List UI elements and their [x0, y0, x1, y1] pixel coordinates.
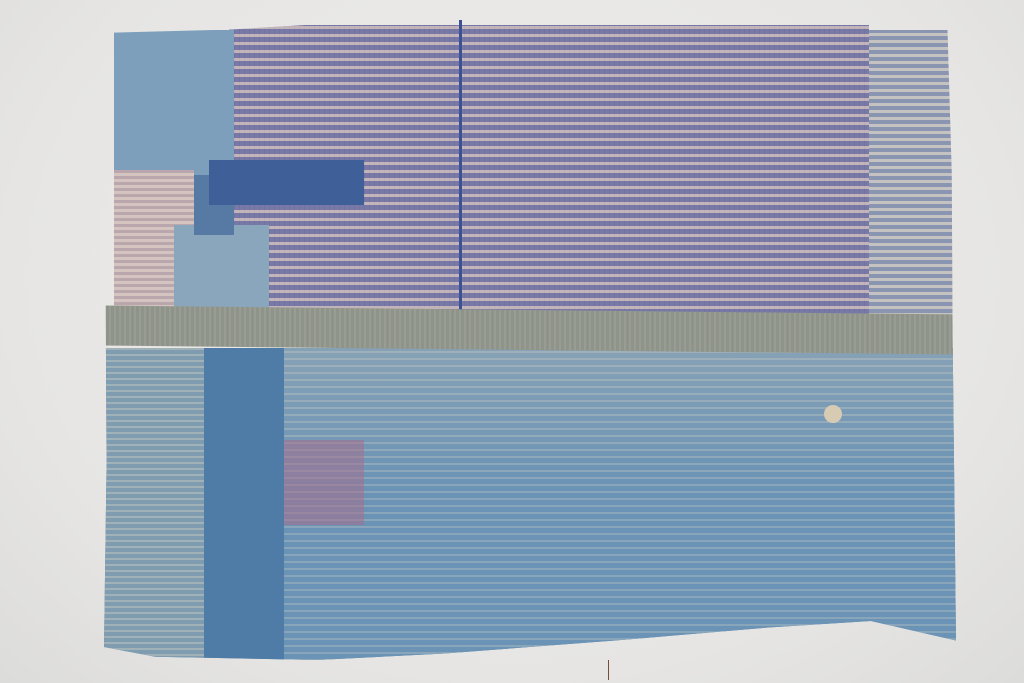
quilt [104, 10, 956, 660]
top-left-blue-patch [114, 30, 234, 175]
top-right-strip [869, 30, 954, 330]
vertical-seam [459, 20, 462, 320]
bottom-left-strip [204, 348, 284, 668]
faded-pink-patch [284, 440, 364, 525]
dark-indigo-rectangle [209, 160, 364, 205]
light-spot [824, 405, 842, 423]
bottom-blue-panel [284, 348, 956, 668]
loose-thread [608, 660, 609, 680]
bottom-left-panel [104, 348, 204, 668]
